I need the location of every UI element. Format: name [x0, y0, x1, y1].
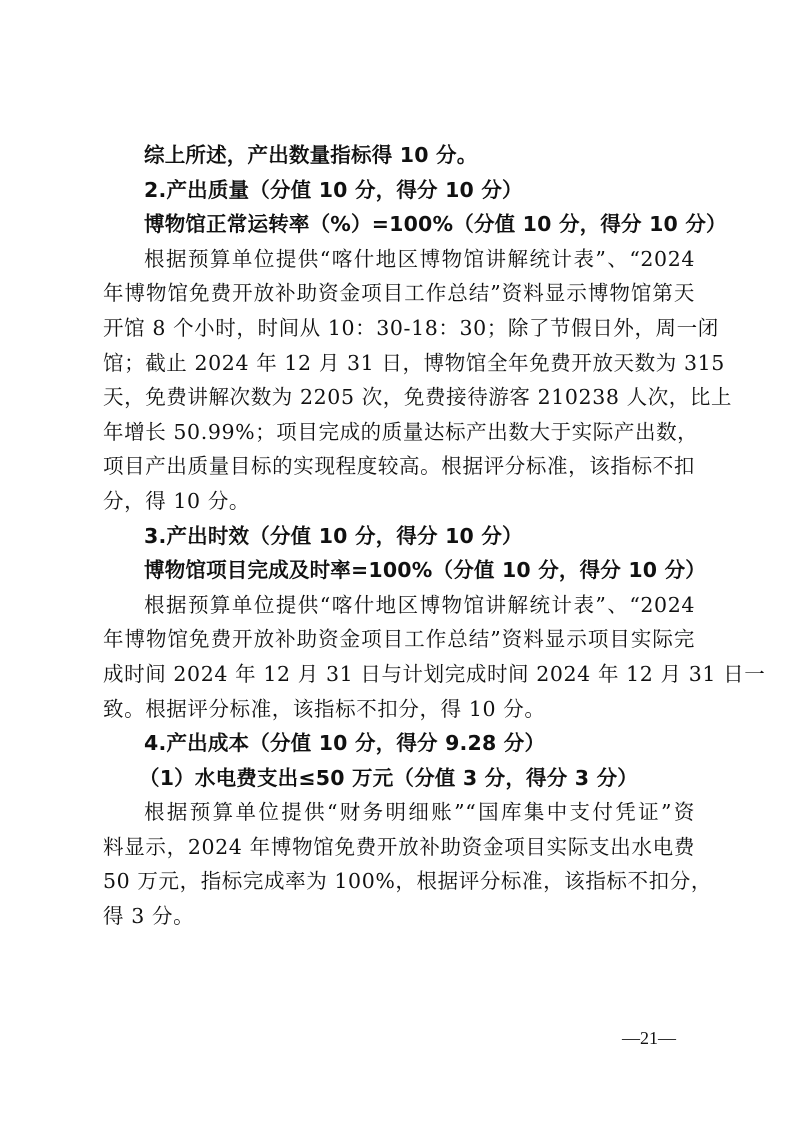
paragraph-line: 年博物馆免费开放补助资金项目工作总结”资料显示博物馆第天: [103, 276, 695, 311]
document-page: 综上所述，产出数量指标得 10 分。 2.产出质量（分值 10 分，得分 10 …: [103, 138, 695, 934]
paragraph-line: 料显示，2024 年博物馆免费开放补助资金项目实际支出水电费: [103, 830, 695, 865]
indicator-heading-utility-cost: （1）水电费支出≤50 万元（分值 3 分，得分 3 分）: [103, 761, 695, 796]
section-heading-output-cost: 4.产出成本（分值 10 分，得分 9.28 分）: [103, 726, 695, 761]
section-heading-output-timeliness: 3.产出时效（分值 10 分，得分 10 分）: [103, 519, 695, 554]
section-heading-output-quality: 2.产出质量（分值 10 分，得分 10 分）: [103, 173, 695, 208]
paragraph-line: 致。根据评分标准，该指标不扣分，得 10 分。: [103, 692, 695, 727]
paragraph-line: 成时间 2024 年 12 月 31 日与计划完成时间 2024 年 12 月 …: [103, 657, 695, 692]
page-number: —21—: [622, 1028, 676, 1049]
indicator-heading-completion-rate: 博物馆项目完成及时率=100%（分值 10 分，得分 10 分）: [103, 553, 695, 588]
paragraph-line: 根据预算单位提供“财务明细账”“国库集中支付凭证”资: [103, 795, 695, 830]
paragraph-line: 项目产出质量目标的实现程度较高。根据评分标准，该指标不扣: [103, 449, 695, 484]
paragraph-line: 分，得 10 分。: [103, 484, 695, 519]
paragraph-line: 开馆 8 个小时，时间从 10：30-18：30；除了节假日外，周一闭: [103, 311, 695, 346]
paragraph-line: 根据预算单位提供“喀什地区博物馆讲解统计表”、“2024: [103, 242, 695, 277]
summary-line: 综上所述，产出数量指标得 10 分。: [103, 138, 695, 173]
paragraph-line: 天，免费讲解次数为 2205 次，免费接待游客 210238 人次，比上: [103, 380, 695, 415]
paragraph-line: 馆；截止 2024 年 12 月 31 日，博物馆全年免费开放天数为 315: [103, 346, 695, 381]
paragraph-line: 年博物馆免费开放补助资金项目工作总结”资料显示项目实际完: [103, 622, 695, 657]
indicator-heading-operation-rate: 博物馆正常运转率（%）=100%（分值 10 分，得分 10 分）: [103, 207, 695, 242]
paragraph-line: 50 万元，指标完成率为 100%，根据评分标准，该指标不扣分，: [103, 864, 695, 899]
paragraph-line: 年增长 50.99%；项目完成的质量达标产出数大于实际产出数，: [103, 415, 695, 450]
paragraph-line: 得 3 分。: [103, 899, 695, 934]
paragraph-line: 根据预算单位提供“喀什地区博物馆讲解统计表”、“2024: [103, 588, 695, 623]
